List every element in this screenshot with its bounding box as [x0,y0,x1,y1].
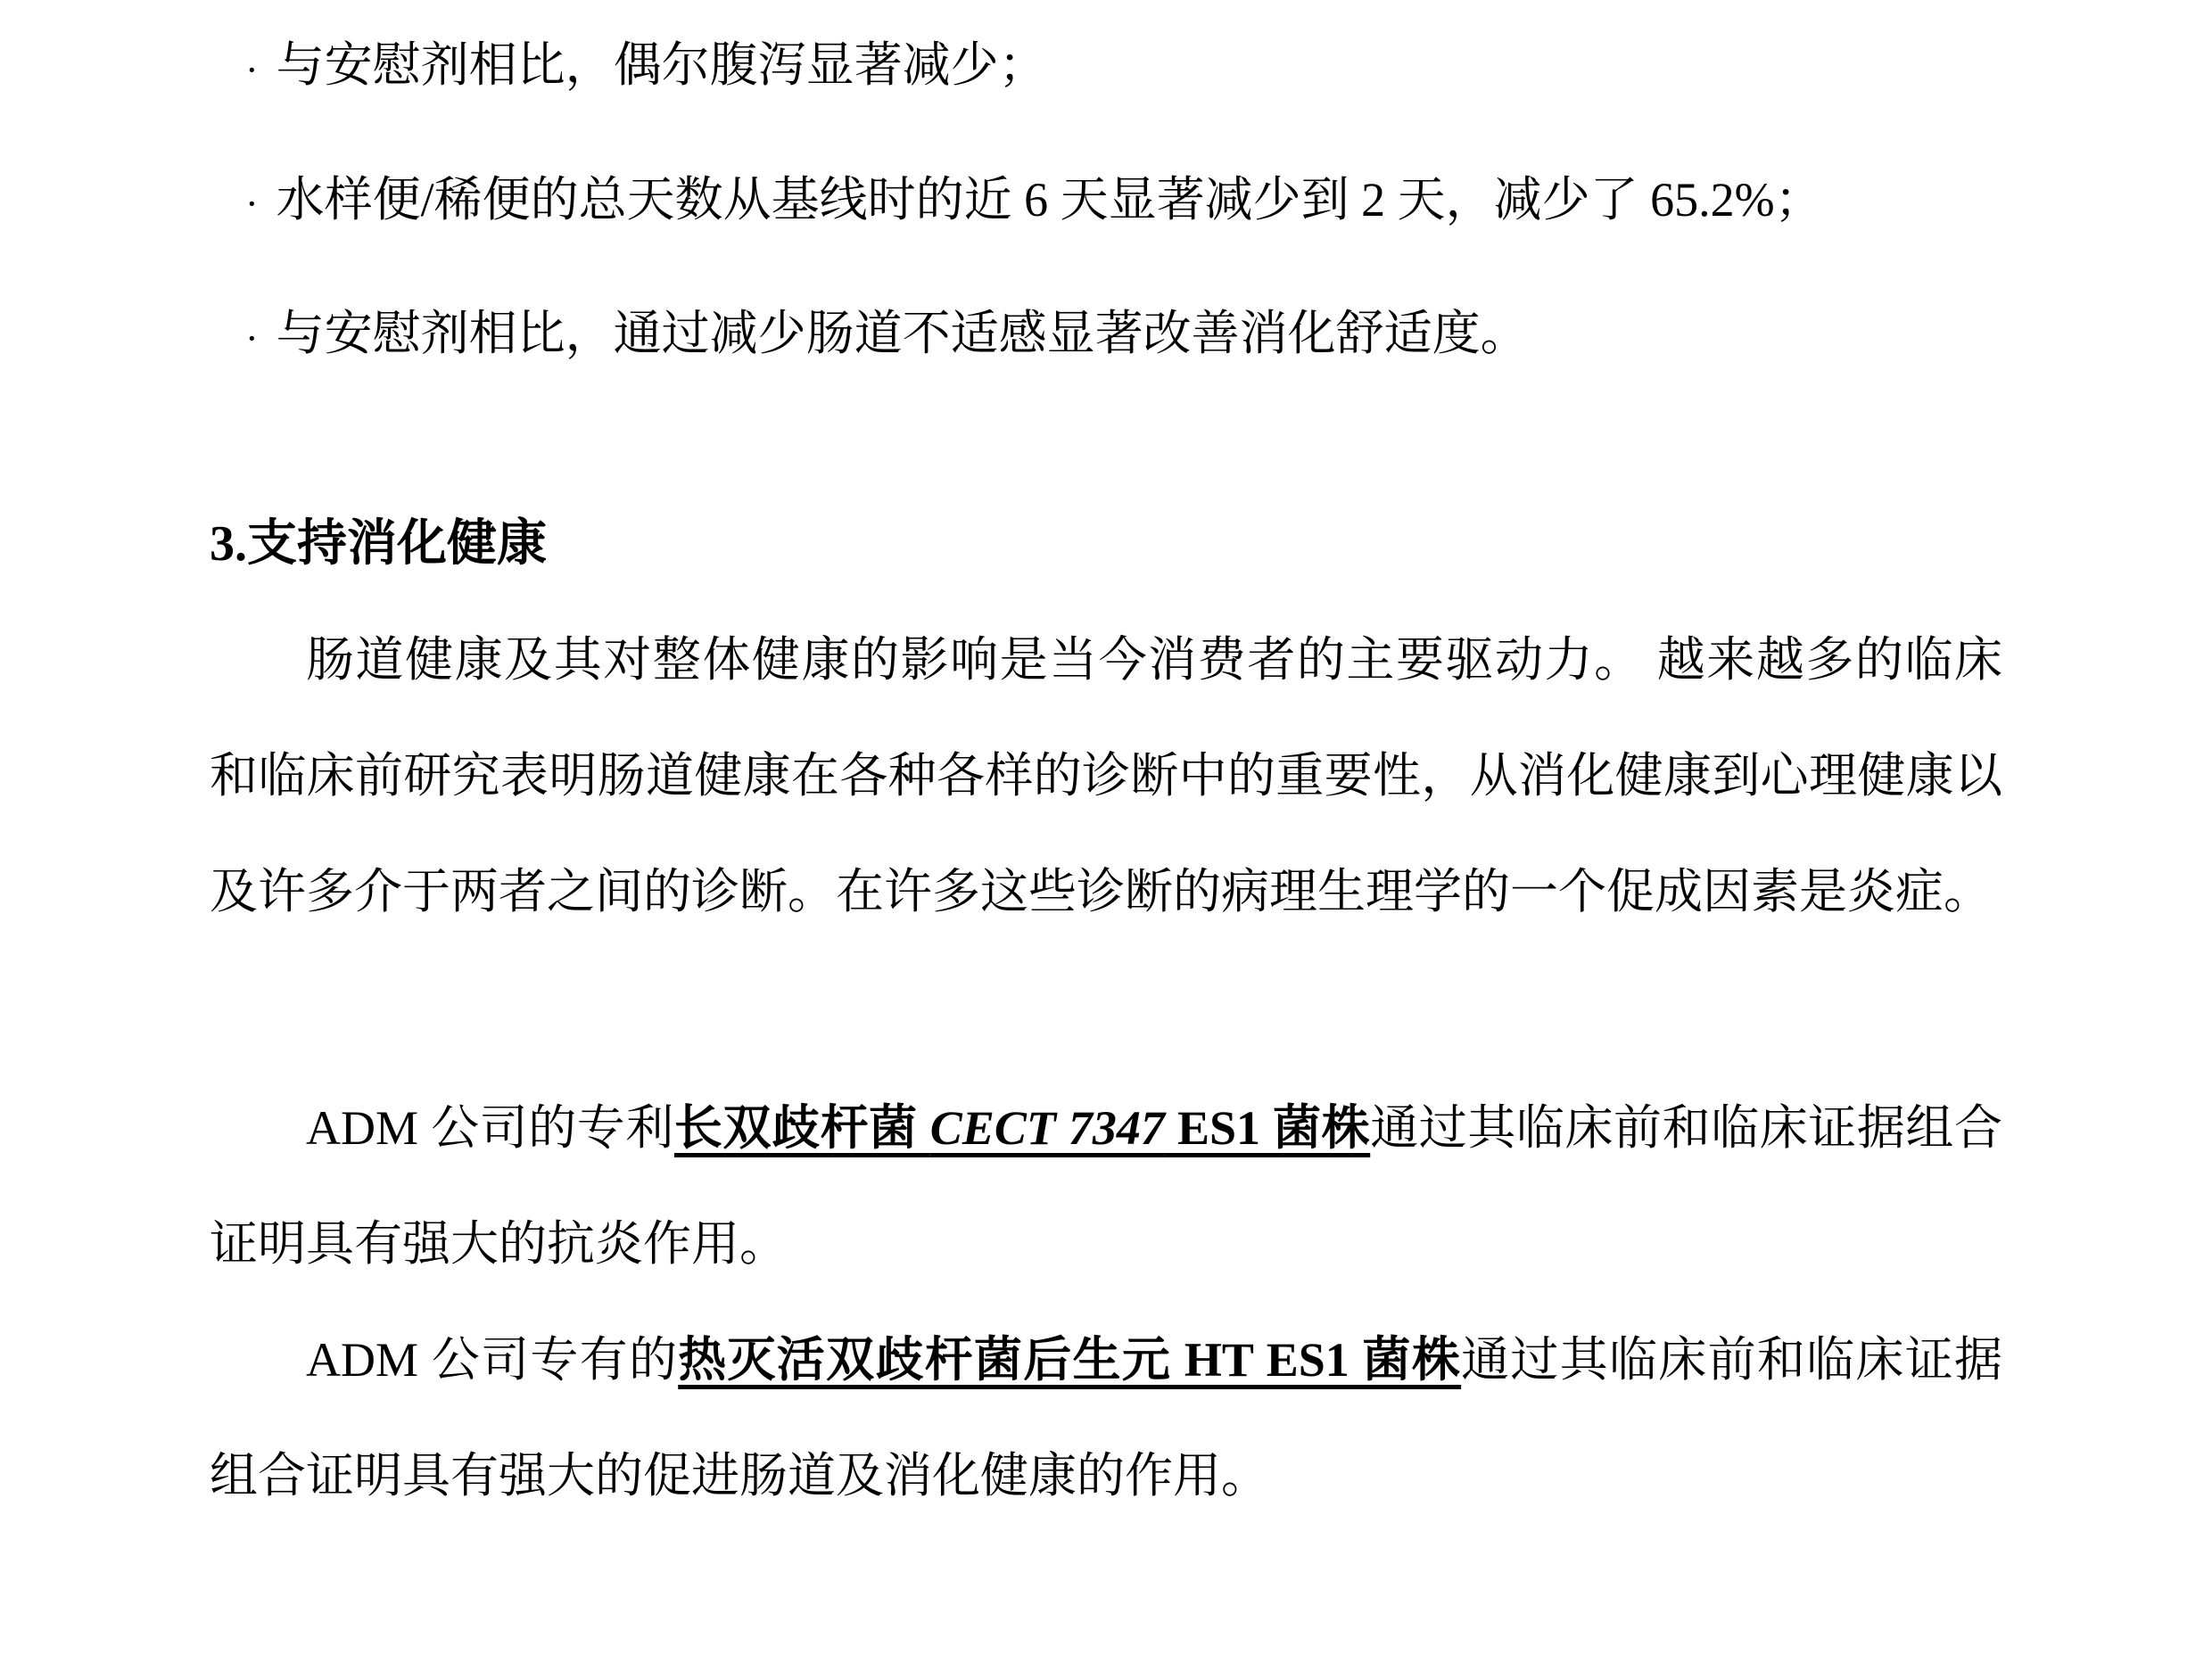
document-page: ·与安慰剂相比，偶尔腹泻显著减少； ·水样便/稀便的总天数从基线时的近 6 天显… [0,0,2212,1663]
bullet-item: ·与安慰剂相比，偶尔腹泻显著减少； [210,7,2002,128]
bullet-dot-icon: · [245,281,259,397]
paragraph-gut-health: 肠道健康及其对整体健康的影响是当今消费者的主要驱动力。 越来越多的临床和临床前研… [210,602,2002,950]
bullet-text: 水样便/稀便的总天数从基线时的近 6 天显著减少到 2 天，减少了 65.2%； [276,173,1823,226]
bullet-list: ·与安慰剂相比，偶尔腹泻显著减少； ·水样便/稀便的总天数从基线时的近 6 天显… [210,7,2002,397]
bullet-item: ·水样便/稀便的总天数从基线时的近 6 天显著减少到 2 天，减少了 65.2%… [210,142,2002,263]
section-heading: 3.支持消化健康 [210,486,2002,602]
bullet-dot-icon: · [245,146,259,262]
bullet-text: 与安慰剂相比，偶尔腹泻显著减少； [276,38,1047,92]
bullet-dot-icon: · [245,12,259,128]
bullet-text: 与安慰剂相比，通过减少肠道不适感显著改善消化舒适度。 [276,307,1529,360]
bullet-item: ·与安慰剂相比，通过减少肠道不适感显著改善消化舒适度。 [210,276,2002,397]
paragraph-ht-es1: ADM 公司专有的热灭活双歧杆菌后生元 HT ES1 菌株通过其临床前和临床证据… [210,1302,2002,1534]
paragraph-cect-7347: ADM 公司的专利长双歧杆菌 CECT 7347 ES1 菌株通过其临床前和临床… [210,1070,2002,1302]
